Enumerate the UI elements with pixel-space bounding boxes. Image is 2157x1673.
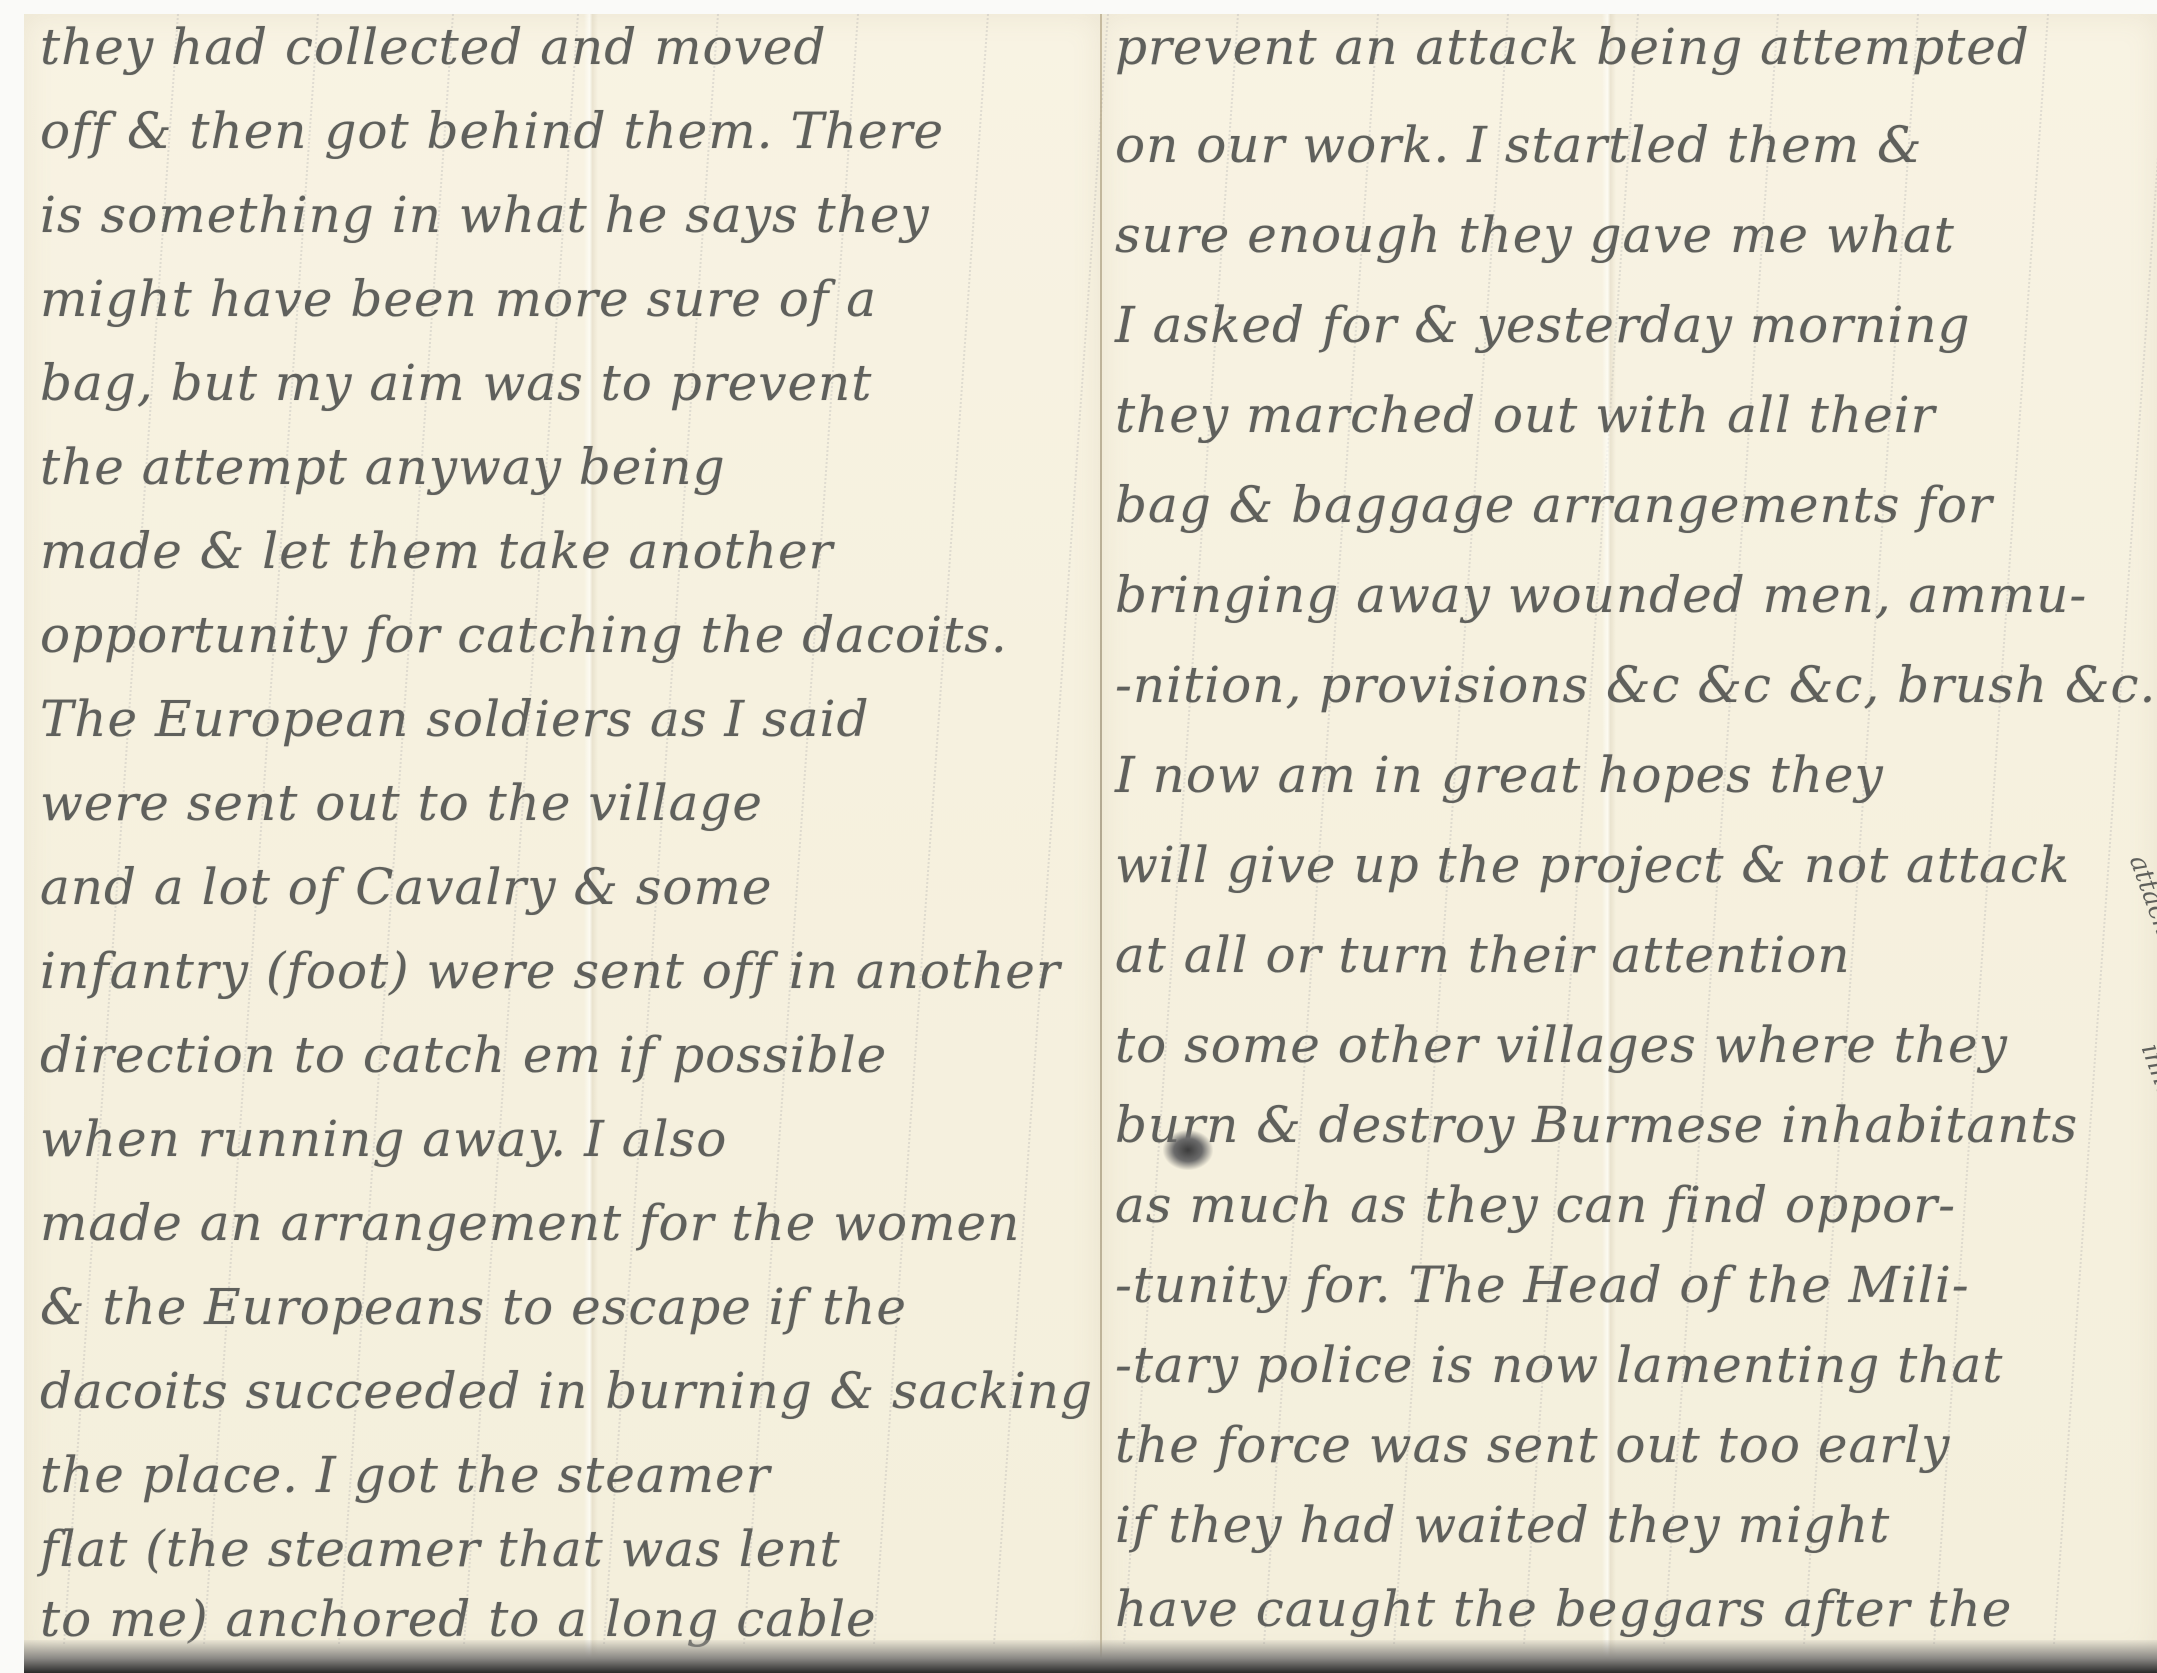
letter-scan: they had collected and moved off & then … (0, 0, 2157, 1673)
handwritten-line: -nition, provisions &c &c &c, brush &c. (1115, 656, 2156, 714)
handwritten-line: I now am in great hopes they (1115, 746, 1884, 804)
handwritten-line: infantry (foot) were sent off in another (40, 942, 1061, 1000)
handwritten-line: I asked for & yesterday morning (1115, 296, 1971, 354)
handwritten-line: dacoits succeeded in burning & sacking (40, 1362, 1093, 1420)
handwritten-line: flat (the steamer that was lent (40, 1520, 841, 1578)
handwritten-line: is something in what he says they (40, 186, 930, 244)
handwritten-line: bringing away wounded men, ammu- (1115, 566, 2087, 624)
handwritten-line: bag, but my aim was to prevent (40, 354, 872, 412)
handwritten-line: sure enough they gave me what (1115, 206, 1955, 264)
handwritten-line: prevent an attack being attempted (1115, 18, 2030, 76)
handwritten-line: when running away. I also (40, 1110, 727, 1168)
scan-left-margin (0, 0, 24, 1673)
scan-top-margin (0, 0, 2157, 14)
handwritten-line: direction to catch em if possible (40, 1026, 887, 1084)
handwritten-line: as much as they can find oppor- (1115, 1176, 1956, 1234)
handwritten-line: and a lot of Cavalry & some (40, 858, 773, 916)
handwritten-line: opportunity for catching the dacoits. (40, 606, 1008, 664)
handwritten-line: made & let them take another (40, 522, 833, 580)
handwritten-line: off & then got behind them. There (40, 102, 944, 160)
handwritten-line: have caught the beggars after the (1115, 1580, 2012, 1638)
handwritten-line: the place. I got the steamer (40, 1446, 771, 1504)
handwritten-line: burn & destroy Burmese inhabitants (1115, 1096, 2078, 1154)
scan-bottom-edge-shadow (24, 1640, 2157, 1673)
handwritten-line: the attempt anyway being (40, 438, 726, 496)
page-gutter (1100, 14, 1102, 1660)
handwritten-line: made an arrangement for the women (40, 1194, 1020, 1252)
handwritten-line: on our work. I startled them & (1115, 116, 1923, 174)
handwritten-line: they marched out with all their (1115, 386, 1936, 444)
handwritten-line: & the Europeans to escape if the (40, 1278, 907, 1336)
handwritten-line: if they had waited they might (1115, 1496, 1890, 1554)
handwritten-line: were sent out to the village (40, 774, 763, 832)
handwritten-line: will give up the project & not attack (1115, 836, 2070, 894)
handwritten-line: The European soldiers as I said (40, 690, 870, 748)
handwritten-line: might have been more sure of a (40, 270, 877, 328)
handwritten-line: at all or turn their attention (1115, 926, 1851, 984)
handwritten-line: bag & baggage arrangements for (1115, 476, 1993, 534)
handwritten-line: -tary police is now lamenting that (1115, 1336, 2003, 1394)
ink-smudge (1163, 1130, 1213, 1170)
handwritten-line: to some other villages where they (1115, 1016, 2008, 1074)
handwritten-line: they had collected and moved (40, 18, 826, 76)
handwritten-line: -tunity for. The Head of the Mili- (1115, 1256, 1970, 1314)
handwritten-line: the force was sent out too early (1115, 1416, 1950, 1474)
